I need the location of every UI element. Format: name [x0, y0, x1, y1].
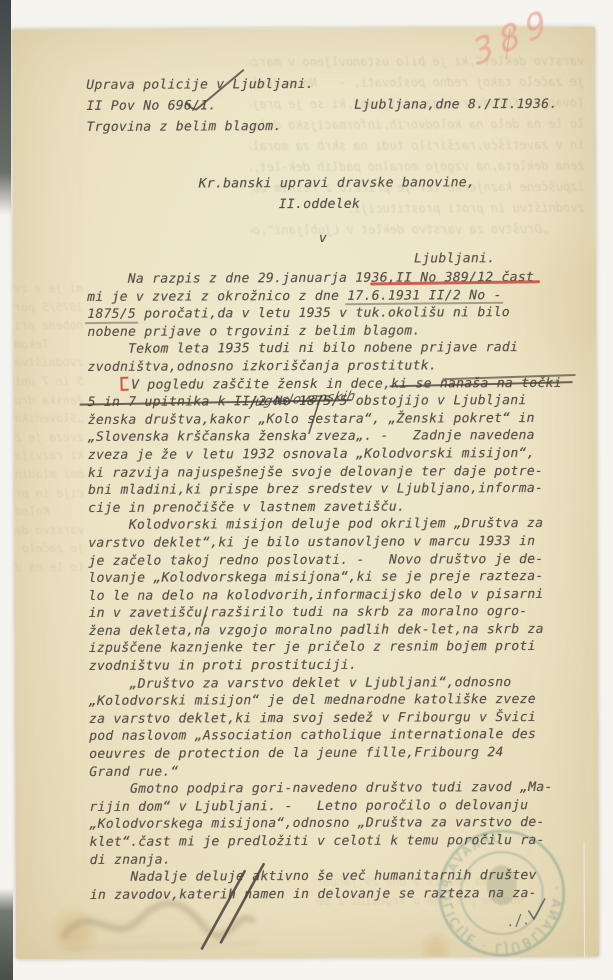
recipient-line-3: v	[319, 227, 586, 249]
typed-line: za varstvo deklet,ki ima svoj sedež v Fr…	[89, 709, 588, 729]
scanner-edge-top-left	[0, 0, 11, 215]
typed-line: 1875/5 poročati,da v letu 1935 v tuk.oko…	[87, 304, 586, 324]
typed-line: cije in prenočišče v lastnem zavetišču.	[88, 497, 587, 517]
typed-line: lovanje „Kolodvorskega misijona“,ki se j…	[88, 568, 587, 588]
struck-text: ki se nanaša na točki	[391, 375, 562, 391]
typed-line: ki razvija najuspešnejše svoje delovanje…	[88, 462, 587, 482]
typed-line: Gmotno podpira gori-navedeno društvo tud…	[89, 779, 588, 799]
typed-line: zvodništva,odnosno izkoriščanja prostitu…	[87, 357, 586, 377]
typed-header: Uprava policije v Ljubljani. II Pov No 6…	[86, 73, 585, 138]
typed-line: Grand rue.“	[89, 761, 588, 781]
typed-line: di znanja.	[90, 849, 589, 869]
typed-line: zvodništvu in proti prostituciji.	[89, 656, 588, 676]
reference-number: II Pov No 696/1.	[86, 95, 216, 117]
typed-line: „Kolodvorski misijon“ je del mednarodne …	[89, 691, 588, 711]
typed-content: Uprava policije v Ljubljani. II Pov No 6…	[12, 27, 599, 960]
typed-line: oeuvres de protection de la jeune fille,…	[89, 744, 588, 764]
typed-line: bni mladini,ki prispe brez sredstev v Lj…	[88, 480, 587, 500]
typed-line: Nadalje deluje aktivno še več humanitarn…	[90, 867, 589, 887]
typed-line: „Društvo za varstvo deklet v Ljubljani“,…	[89, 673, 588, 693]
spacer	[557, 94, 585, 115]
typed-line: zveza je že v letu 1932 osnovala „Kolodv…	[88, 445, 587, 465]
typed-line: lo le na delo na kolodvorih,informacijsk…	[88, 585, 587, 605]
typed-line: varstvo deklet“,ki je bilo ustanovljeno …	[88, 533, 587, 553]
pencil-underlined-text: 1875/5	[87, 307, 136, 322]
subject-line: Trgovina z belim blagom.	[86, 115, 585, 138]
place-date-line: Ljubljana,dne 8./II.1936.	[354, 94, 557, 116]
document-body: Na razpis z dne 29.januarja 1936,II No 3…	[87, 269, 589, 905]
spacer	[216, 95, 354, 117]
recipient-block: Kr.banski upravi dravske banovine, II.od…	[87, 172, 586, 271]
typed-line: je začelo takoj redno poslovati. - Novo …	[88, 550, 587, 570]
reference-row: II Pov No 696/1. Ljubljana,dne 8./II.193…	[86, 94, 585, 117]
pencil-underlined-text: 17.6.1931 II/2 No -	[347, 288, 501, 304]
document-page: varstvo deklet“,ki je bilo ustanovljeno …	[12, 27, 599, 960]
typed-line: izpuščene kaznjenke ter je pričelo z res…	[89, 638, 588, 658]
typed-line: Kolodvorski misijon deluje pod okriljem …	[88, 515, 587, 535]
recipient-line-4: Ljubljani.	[414, 248, 586, 270]
typed-line: Tekom leta 1935 tudi ni bilo nobene prij…	[87, 339, 586, 359]
typed-line: klet“.čast mi je predložiti v celoti k t…	[89, 832, 588, 852]
red-underlined-text: II No 389/12 čast	[396, 270, 534, 286]
typed-line: žena dekleta,na vzgojo moralno padlih de…	[89, 621, 588, 641]
typed-line: Na razpis z dne 29.januarja 1936,II No 3…	[87, 269, 586, 289]
typed-line: mi je v zvezi z okrožnico z dne 17.6.193…	[87, 286, 586, 306]
scanner-edge-bottom-left	[0, 888, 13, 980]
office-line: Uprava policije v Ljubljani.	[86, 73, 585, 96]
typed-line: nobene prijave o trgovini z belim blagom…	[87, 322, 586, 342]
recipient-line-2: II.oddelek	[279, 193, 586, 215]
recipient-line-1: Kr.banski upravi dravske banovine,	[199, 172, 586, 195]
typed-line: „Kolodvorskega misijona“,odnosno „Društv…	[89, 814, 588, 834]
red-bracket-mark	[120, 376, 128, 390]
typed-line: pod naslovom „Association catholique int…	[89, 726, 588, 746]
typed-line: in v zavetišču,razširilo tudi na skrb za…	[88, 603, 587, 623]
enclosure-mark: ./.	[507, 910, 532, 930]
typed-line: rijin dom“ v Ljubljani. - Letno poročilo…	[89, 797, 588, 817]
typed-line: in zavodov,katerih namen in delovanje se…	[90, 885, 589, 905]
scan-background: { "page": { "handwritten_folio_number": …	[0, 0, 613, 980]
typed-line: ženska društva,kakor „Kolo sestara“, „Že…	[88, 410, 587, 430]
typed-line: „Slovenska krščanska ženska zveza„. - Za…	[88, 427, 587, 447]
